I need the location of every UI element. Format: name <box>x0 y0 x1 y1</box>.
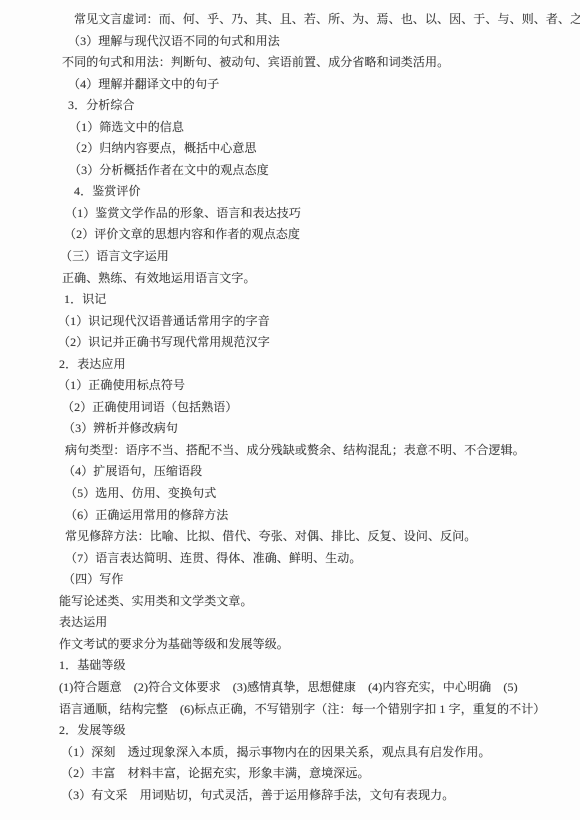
text-line: （7）语言表达简明、连贯、得体、准确、鲜明、生动。 <box>58 548 570 570</box>
text-line: （2）正确使用词语（包括熟语） <box>58 397 570 419</box>
text-line: （2）归纳内容要点，概括中心意思 <box>58 138 570 160</box>
text-line: （1）识记现代汉语普通话常用字的字音 <box>58 311 570 333</box>
text-line: (1)符合题意 (2)符合文体要求 (3)感情真挚，思想健康 (4)内容充实，中… <box>58 677 570 699</box>
document-body: 常见文言虚词：而、何、乎、乃、其、且、若、所、为、焉、也、以、因、于、与、则、者… <box>0 9 580 806</box>
text-line: 能写论述类、实用类和文学类文章。 <box>58 591 570 613</box>
text-line: （1）筛选文中的信息 <box>58 117 570 139</box>
text-line: （6）正确运用常用的修辞方法 <box>58 505 570 527</box>
text-line: 常见修辞方法：比喻、比拟、借代、夸张、对偶、排比、反复、设问、反问。 <box>58 526 570 548</box>
text-line: （4）扩展语句，压缩语段 <box>58 461 570 483</box>
text-line: （5）选用、仿用、变换句式 <box>58 483 570 505</box>
text-line: （3）辨析并修改病句 <box>58 418 570 440</box>
text-line: 作文考试的要求分为基础等级和发展等级。 <box>58 634 570 656</box>
text-line: （1）深刻 透过现象深入本质，揭示事物内在的因果关系，观点具有启发作用。 <box>58 742 570 764</box>
text-line: （2）识记并正确书写现代常用规范汉字 <box>58 332 570 354</box>
text-line: 2．表达应用 <box>58 354 570 376</box>
text-line: 不同的句式和用法：判断句、被动句、宾语前置、成分省略和词类活用。 <box>58 52 570 74</box>
text-line: 3．分析综合 <box>58 95 570 117</box>
text-line: （2）丰富 材料丰富，论据充实，形象丰满，意境深远。 <box>58 763 570 785</box>
text-line: （3）理解与现代汉语不同的句式和用法 <box>58 31 570 53</box>
text-line: 表达运用 <box>58 612 570 634</box>
text-line: 语言通顺，结构完整 (6)标点正确，不写错别字（注：每一个错别字扣 1 字，重复… <box>58 699 570 721</box>
text-line: （四）写作 <box>58 569 570 591</box>
text-line: 2．发展等级 <box>58 720 570 742</box>
text-line: 常见文言虚词：而、何、乎、乃、其、且、若、所、为、焉、也、以、因、于、与、则、者… <box>58 9 570 31</box>
text-line: 1．识记 <box>58 289 570 311</box>
text-line: （1）鉴赏文学作品的形象、语言和表达技巧 <box>58 203 570 225</box>
text-line: （2）评价文章的思想内容和作者的观点态度 <box>58 224 570 246</box>
text-line: （4）理解并翻译文中的句子 <box>58 74 570 96</box>
text-line: （3）分析概括作者在文中的观点态度 <box>58 160 570 182</box>
text-line: 4．鉴赏评价 <box>58 181 570 203</box>
text-line: （三）语言文字运用 <box>58 246 570 268</box>
document-page: 常见文言虚词：而、何、乎、乃、其、且、若、所、为、焉、也、以、因、于、与、则、者… <box>0 0 580 820</box>
text-line: 正确、熟练、有效地运用语言文字。 <box>58 268 570 290</box>
text-line: 病句类型：语序不当、搭配不当、成分残缺或赘余、结构混乱；表意不明、不合逻辑。 <box>58 440 570 462</box>
text-line: （3）有文采 用词贴切，句式灵活，善于运用修辞手法，文句有表现力。 <box>58 785 570 807</box>
text-line: 1．基础等级 <box>58 655 570 677</box>
text-line: （1）正确使用标点符号 <box>58 375 570 397</box>
